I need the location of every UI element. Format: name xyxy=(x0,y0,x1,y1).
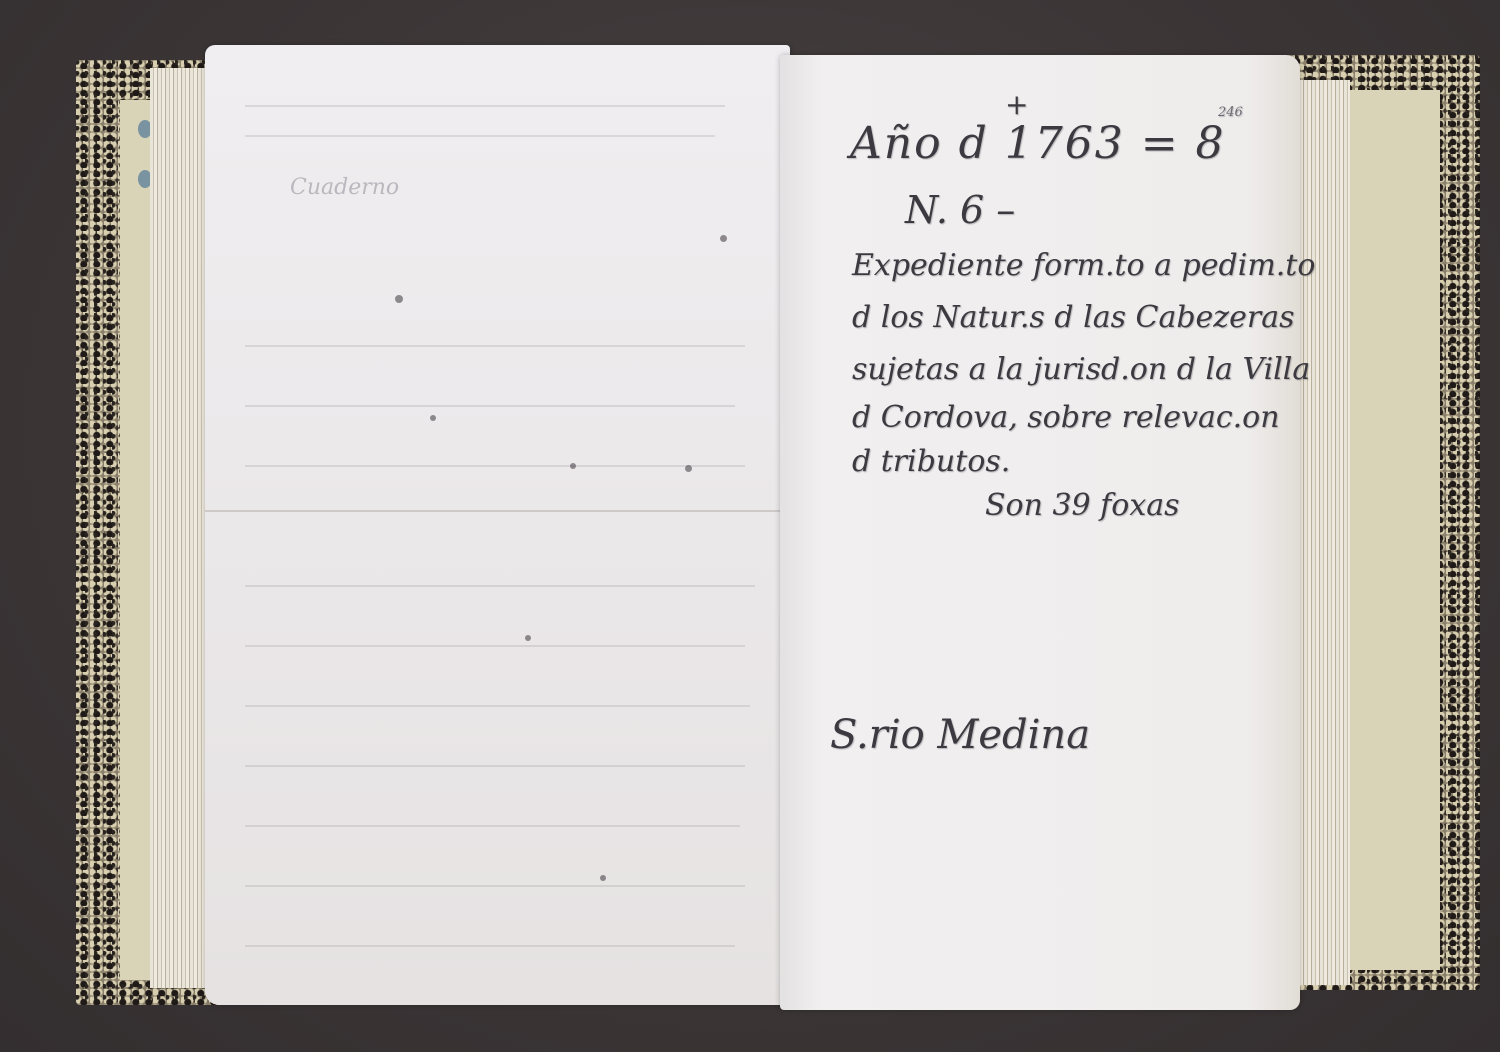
bleed-through-line xyxy=(245,825,740,827)
bleed-through-line xyxy=(245,645,745,647)
bleed-through-line xyxy=(245,765,745,767)
bleed-through-line xyxy=(245,345,745,347)
ink-spot xyxy=(525,635,531,641)
ink-spot xyxy=(720,235,727,242)
bleed-through-line xyxy=(245,465,745,467)
bleed-through-line xyxy=(245,105,725,107)
bleed-through-line xyxy=(245,705,750,707)
year-heading: Año d 1763 = 8 xyxy=(850,118,1226,169)
bleed-through-line xyxy=(245,135,715,137)
ink-spot xyxy=(395,295,403,303)
title-line: d los Natur.s d las Cabezeras xyxy=(852,300,1295,335)
title-line: Expediente form.to a pedim.to xyxy=(852,248,1315,283)
bleed-through-line xyxy=(245,945,735,947)
ink-spot xyxy=(430,415,436,421)
title-line: sujetas a la jurisd.on d la Villa xyxy=(852,352,1310,387)
ghost-heading: Cuaderno xyxy=(290,175,399,200)
bleed-through-line xyxy=(245,885,745,887)
page-count-note: Son 39 foxas xyxy=(985,488,1180,523)
title-line: d tributos. xyxy=(852,444,1010,479)
bleed-through-line xyxy=(245,585,755,587)
right-page xyxy=(780,55,1300,1010)
left-page: Cuaderno xyxy=(205,45,790,1005)
bleed-through-line xyxy=(245,405,735,407)
cross-mark: + xyxy=(1005,88,1028,121)
ink-spot xyxy=(600,875,606,881)
scribe-signature: S.rio Medina xyxy=(830,712,1090,758)
ink-spot xyxy=(570,463,576,469)
ink-spot xyxy=(685,465,692,472)
page-fold-crease xyxy=(205,510,790,512)
title-line: d Cordova, sobre relevac.on xyxy=(852,400,1280,435)
file-number: N. 6 – xyxy=(905,188,1015,232)
